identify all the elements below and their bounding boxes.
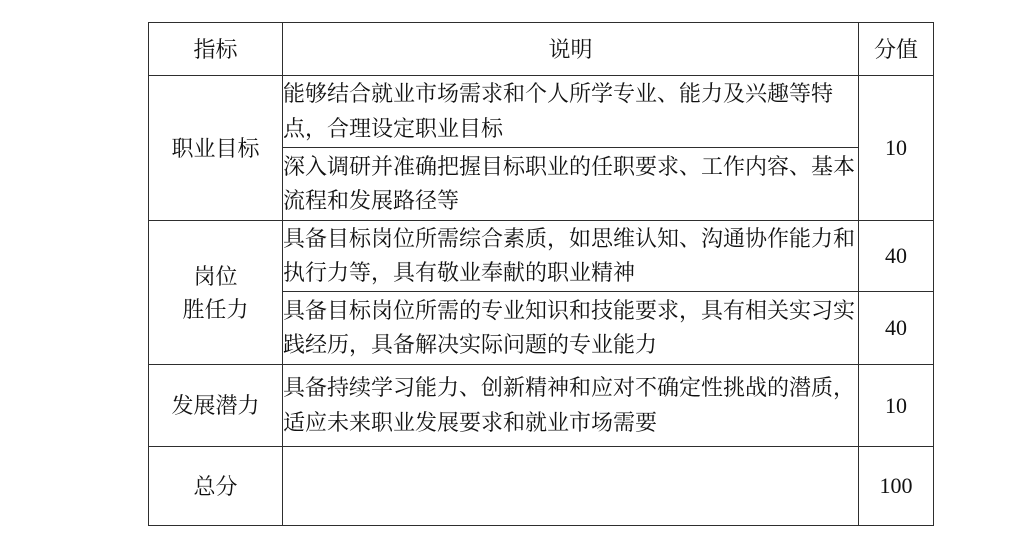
total-row: 总分 100 bbox=[149, 447, 934, 526]
score-job-competency-1: 40 bbox=[859, 221, 934, 292]
career-goal-row-1: 职业目标 能够结合就业市场需求和个人所学专业、能力及兴趣等特点，合理设定职业目标… bbox=[149, 76, 934, 148]
header-row: 指标 说明 分值 bbox=[149, 23, 934, 76]
header-score: 分值 bbox=[859, 23, 934, 76]
desc-job-competency-2: 具备目标岗位所需的专业知识和技能要求，具有相关实习实践经历，具备解决实际问题的专… bbox=[283, 292, 859, 365]
development-potential-row: 发展潜力 具备持续学习能力、创新精神和应对不确定性挑战的潜质，适应未来职业发展要… bbox=[149, 365, 934, 447]
rubric-table-container: 指标 说明 分值 职业目标 能够结合就业市场需求和个人所学专业、能力及兴趣等特点… bbox=[148, 22, 934, 526]
header-description: 说明 bbox=[283, 23, 859, 76]
score-rubric-table: 指标 说明 分值 职业目标 能够结合就业市场需求和个人所学专业、能力及兴趣等特点… bbox=[148, 22, 934, 526]
desc-career-goal-2: 深入调研并准确把握目标职业的任职要求、工作内容、基本流程和发展路径等 bbox=[283, 148, 859, 221]
score-development-potential: 10 bbox=[859, 365, 934, 447]
indicator-development-potential: 发展潜力 bbox=[149, 365, 283, 447]
total-description-empty bbox=[283, 447, 859, 526]
indicator-job-competency: 岗位 胜任力 bbox=[149, 221, 283, 365]
indicator-career-goal: 职业目标 bbox=[149, 76, 283, 221]
job-competency-row-1: 岗位 胜任力 具备目标岗位所需综合素质，如思维认知、沟通协作能力和执行力等，具有… bbox=[149, 221, 934, 292]
header-indicator: 指标 bbox=[149, 23, 283, 76]
score-job-competency-2: 40 bbox=[859, 292, 934, 365]
total-label: 总分 bbox=[149, 447, 283, 526]
desc-development-potential: 具备持续学习能力、创新精神和应对不确定性挑战的潜质，适应未来职业发展要求和就业市… bbox=[283, 365, 859, 447]
score-career-goal: 10 bbox=[859, 76, 934, 221]
desc-career-goal-1: 能够结合就业市场需求和个人所学专业、能力及兴趣等特点，合理设定职业目标 bbox=[283, 76, 859, 148]
desc-job-competency-1: 具备目标岗位所需综合素质，如思维认知、沟通协作能力和执行力等，具有敬业奉献的职业… bbox=[283, 221, 859, 292]
total-score: 100 bbox=[859, 447, 934, 526]
